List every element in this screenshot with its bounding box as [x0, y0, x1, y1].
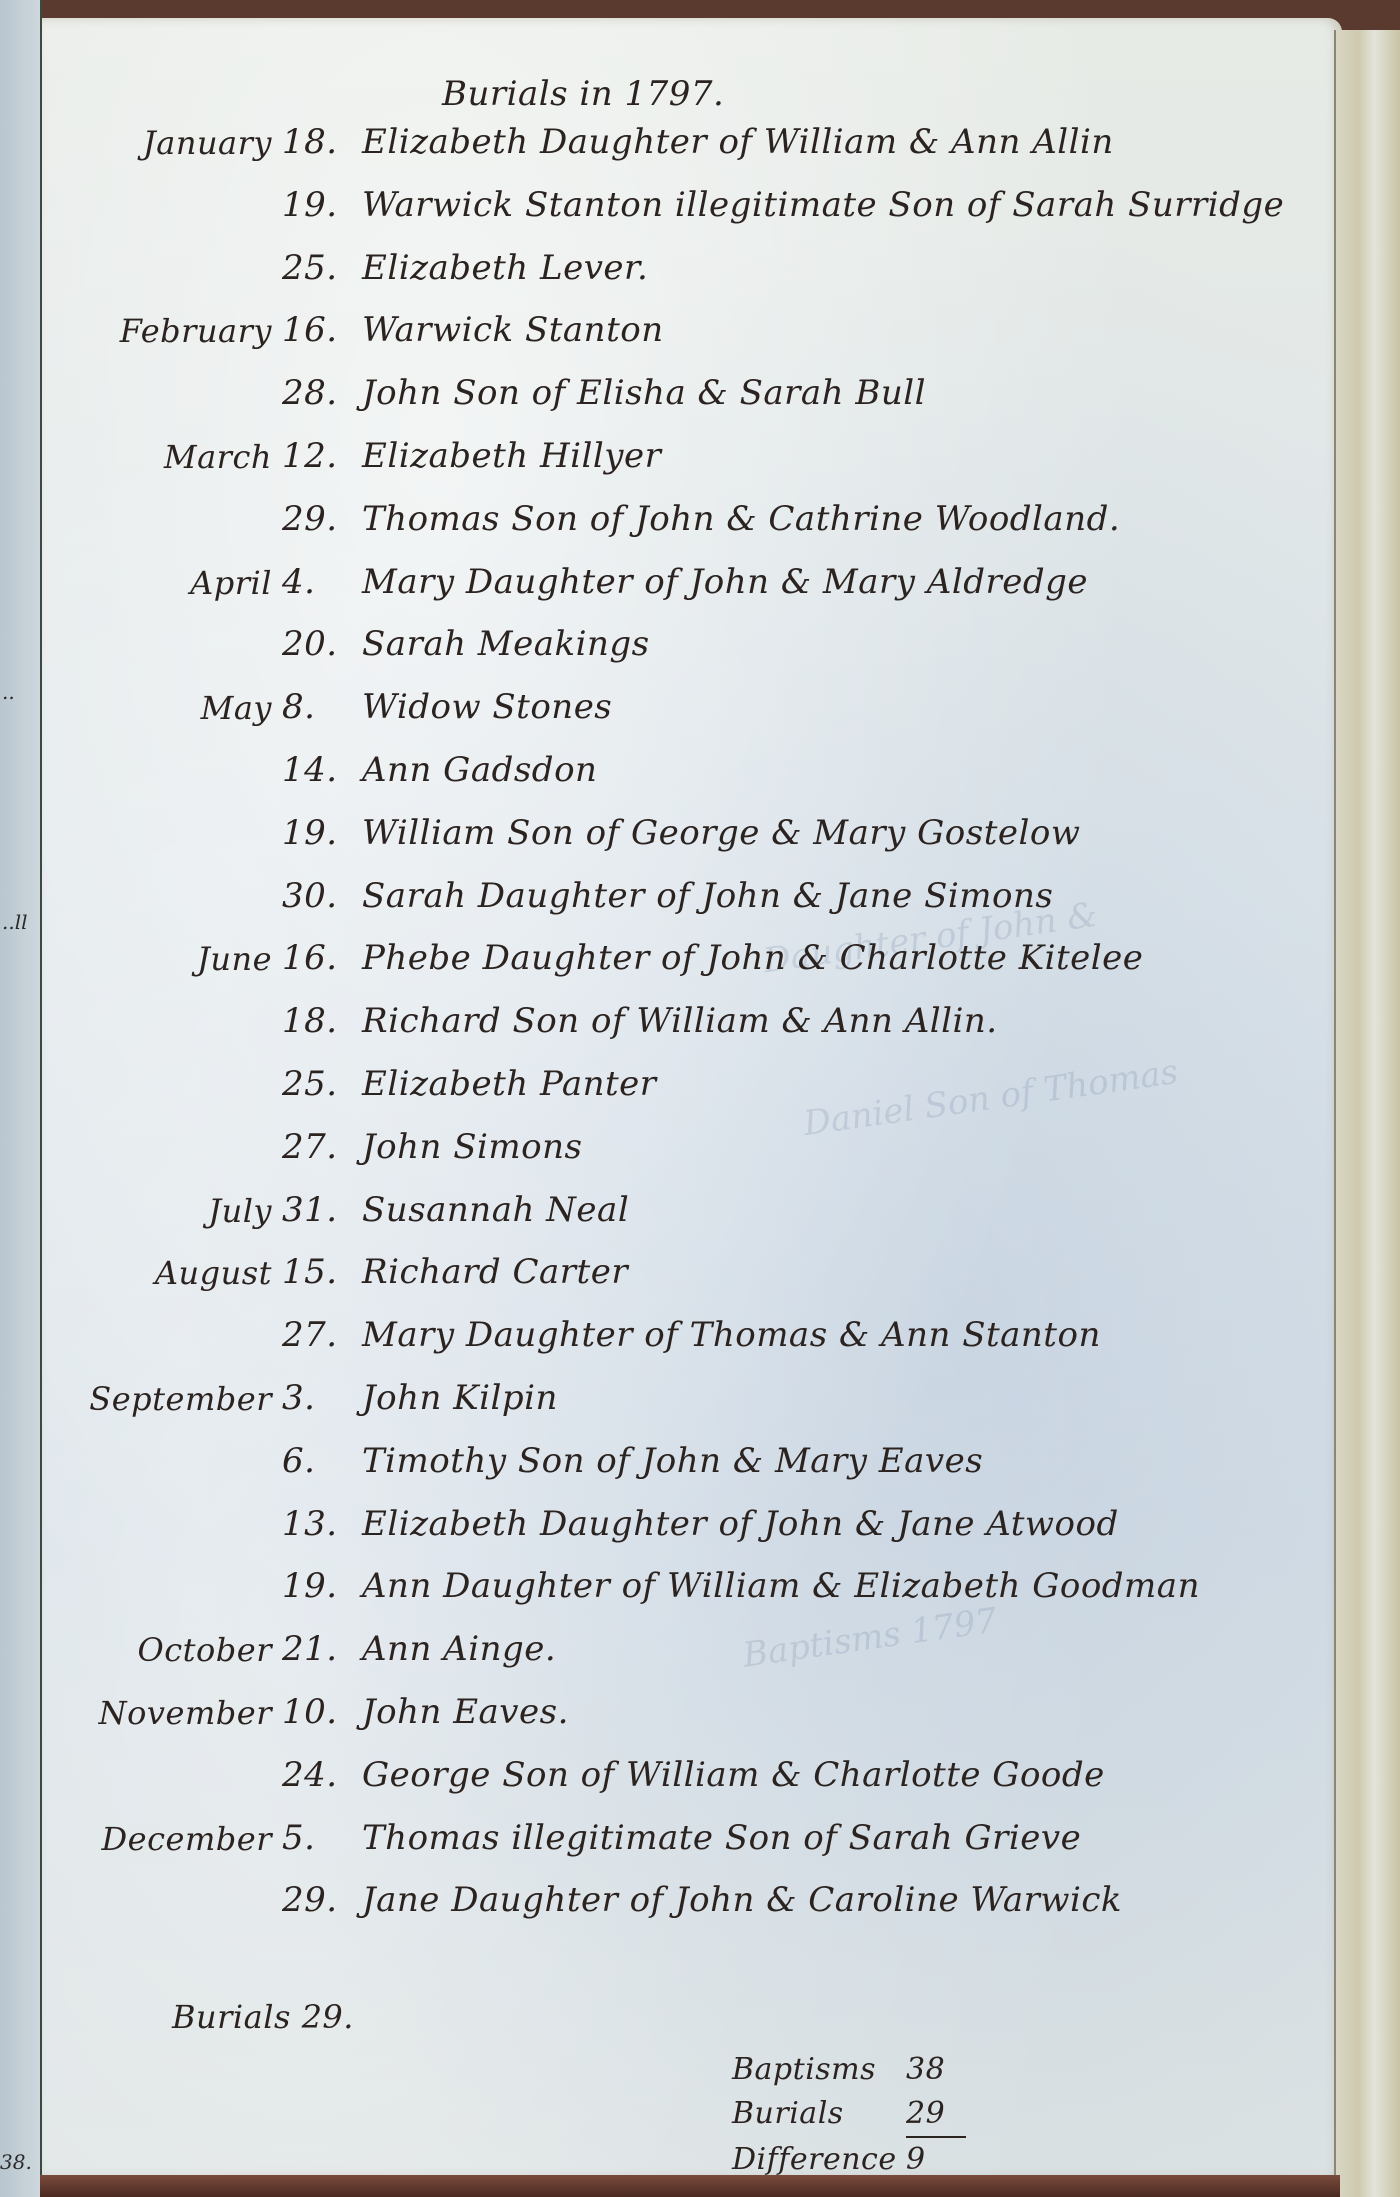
entry-day: 14.	[282, 750, 362, 790]
entry-day: 18.	[282, 1001, 362, 1041]
entry-month: April	[190, 564, 272, 602]
burial-entry: August15.Richard Carter	[42, 1240, 1342, 1303]
entry-text: John Son of Elisha & Sarah Bull	[362, 373, 926, 413]
page-title: Burials in 1797.	[442, 74, 724, 114]
entry-day: 19.	[282, 813, 362, 853]
entry-text: Widow Stones	[362, 687, 612, 727]
burial-entry: 6.Timothy Son of John & Mary Eaves	[42, 1429, 1342, 1492]
burial-entry: July31.Susannah Neal	[42, 1178, 1342, 1241]
entry-text: Warwick Stanton illegitimate Son of Sara…	[362, 185, 1284, 225]
entry-day: 12.	[282, 436, 362, 476]
entry-text: John Simons	[362, 1127, 582, 1167]
entry-month: February	[120, 312, 272, 350]
facing-page-fragment: 38.	[0, 2150, 32, 2174]
entry-day: 18.	[282, 122, 362, 162]
facing-page-edge: .. ..ll 38.	[0, 0, 42, 2197]
entry-text: Timothy Son of John & Mary Eaves	[362, 1441, 983, 1481]
book-binding-edge	[1334, 30, 1400, 2197]
entry-day: 16.	[282, 310, 362, 350]
entry-day: 25.	[282, 1064, 362, 1104]
summary-burials-row: Burials 29	[732, 2092, 966, 2138]
register-page: Daughter of John & Daniel Son of Thomas …	[42, 18, 1342, 2178]
burials-label: Burials	[732, 2092, 882, 2138]
entry-text: Richard Son of William & Ann Allin.	[362, 1001, 998, 1041]
entry-day: 27.	[282, 1127, 362, 1167]
burial-entry: March12.Elizabeth Hillyer	[42, 424, 1342, 487]
burial-entry: April4.Mary Daughter of John & Mary Aldr…	[42, 550, 1342, 613]
entry-month: August	[155, 1254, 272, 1292]
entry-text: Elizabeth Daughter of John & Jane Atwood	[362, 1504, 1119, 1544]
entry-text: Richard Carter	[362, 1252, 628, 1292]
entry-day: 29.	[282, 1880, 362, 1920]
entry-day: 20.	[282, 624, 362, 664]
entry-day: 30.	[282, 876, 362, 916]
entry-text: John Eaves.	[362, 1692, 569, 1732]
burial-entry: 25.Elizabeth Lever.	[42, 236, 1342, 299]
burial-entries-list: January18.Elizabeth Daughter of William …	[42, 110, 1342, 1931]
burial-entry: February16.Warwick Stanton	[42, 298, 1342, 361]
entry-text: John Kilpin	[362, 1378, 558, 1418]
burial-entry: December5.Thomas illegitimate Son of Sar…	[42, 1806, 1342, 1869]
burial-entry: 24.George Son of William & Charlotte Goo…	[42, 1743, 1342, 1806]
entry-day: 13.	[282, 1504, 362, 1544]
entry-day: 5.	[282, 1818, 362, 1858]
entry-text: William Son of George & Mary Gostelow	[362, 813, 1080, 853]
entry-text: Susannah Neal	[362, 1190, 629, 1230]
entry-day: 6.	[282, 1441, 362, 1481]
entry-day: 4.	[282, 562, 362, 602]
entry-day: 3.	[282, 1378, 362, 1418]
burial-entry: 14.Ann Gadsdon	[42, 738, 1342, 801]
burial-entry: 30.Sarah Daughter of John & Jane Simons	[42, 864, 1342, 927]
entry-day: 15.	[282, 1252, 362, 1292]
entry-day: 19.	[282, 1566, 362, 1606]
entry-text: Elizabeth Hillyer	[362, 436, 661, 476]
burials-total-value: 29.	[302, 1998, 354, 2036]
entry-month: November	[99, 1694, 272, 1732]
burial-entry: 13.Elizabeth Daughter of John & Jane Atw…	[42, 1492, 1342, 1555]
burial-entry: June16.Phebe Daughter of John & Charlott…	[42, 926, 1342, 989]
facing-page-fragment: ..	[2, 680, 15, 704]
book-cover-edge	[40, 2175, 1340, 2197]
burial-entry: 25.Elizabeth Panter	[42, 1052, 1342, 1115]
entry-text: Sarah Daughter of John & Jane Simons	[362, 876, 1053, 916]
baptisms-value: 38	[906, 2048, 966, 2092]
burial-entry: 27.Mary Daughter of Thomas & Ann Stanton	[42, 1303, 1342, 1366]
burial-entry: November10.John Eaves.	[42, 1680, 1342, 1743]
entry-month: December	[101, 1820, 272, 1858]
burials-total-label: Burials	[172, 1998, 291, 2036]
burial-entry: 27.John Simons	[42, 1115, 1342, 1178]
entry-text: Thomas Son of John & Cathrine Woodland.	[362, 499, 1120, 539]
burial-entry: 29.Jane Daughter of John & Caroline Warw…	[42, 1868, 1342, 1931]
entry-day: 19.	[282, 185, 362, 225]
summary-baptisms-row: Baptisms 38	[732, 2048, 966, 2092]
entry-month: September	[89, 1380, 272, 1418]
entry-month: January	[143, 124, 272, 162]
entry-day: 31.	[282, 1190, 362, 1230]
entry-day: 27.	[282, 1315, 362, 1355]
entry-month: May	[201, 689, 272, 727]
burial-entry: 28.John Son of Elisha & Sarah Bull	[42, 361, 1342, 424]
entry-day: 29.	[282, 499, 362, 539]
entry-day: 16.	[282, 938, 362, 978]
entry-text: Ann Gadsdon	[362, 750, 597, 790]
entry-text: Phebe Daughter of John & Charlotte Kitel…	[362, 938, 1143, 978]
burial-entry: 19.Ann Daughter of William & Elizabeth G…	[42, 1554, 1342, 1617]
entry-text: George Son of William & Charlotte Goode	[362, 1755, 1105, 1795]
burial-entry: January18.Elizabeth Daughter of William …	[42, 110, 1342, 173]
burial-entry: 19.Warwick Stanton illegitimate Son of S…	[42, 173, 1342, 236]
entry-text: Elizabeth Lever.	[362, 248, 648, 288]
entry-text: Jane Daughter of John & Caroline Warwick	[362, 1880, 1122, 1920]
entry-month: October	[138, 1631, 273, 1669]
year-summary: Baptisms 38 Burials 29 Difference 9	[732, 2048, 966, 2184]
entry-text: Mary Daughter of Thomas & Ann Stanton	[362, 1315, 1101, 1355]
entry-month: March	[164, 438, 272, 476]
burial-entry: 18.Richard Son of William & Ann Allin.	[42, 989, 1342, 1052]
entry-text: Elizabeth Daughter of William & Ann Alli…	[362, 122, 1114, 162]
entry-day: 21.	[282, 1629, 362, 1669]
facing-page-fragment: ..ll	[2, 910, 28, 934]
entry-text: Sarah Meakings	[362, 624, 650, 664]
entry-month: June	[197, 940, 272, 978]
entry-text: Thomas illegitimate Son of Sarah Grieve	[362, 1818, 1081, 1858]
baptisms-label: Baptisms	[732, 2048, 882, 2092]
burial-entry: May8.Widow Stones	[42, 675, 1342, 738]
burial-entry: October21.Ann Ainge.	[42, 1617, 1342, 1680]
burial-entry: 29.Thomas Son of John & Cathrine Woodlan…	[42, 487, 1342, 550]
burial-entry: 20.Sarah Meakings	[42, 612, 1342, 675]
entry-text: Elizabeth Panter	[362, 1064, 657, 1104]
entry-day: 8.	[282, 687, 362, 727]
entry-day: 25.	[282, 248, 362, 288]
burial-entry: September3.John Kilpin	[42, 1366, 1342, 1429]
entry-day: 24.	[282, 1755, 362, 1795]
entry-text: Ann Daughter of William & Elizabeth Good…	[362, 1566, 1200, 1606]
entry-text: Ann Ainge.	[362, 1629, 556, 1669]
entry-day: 28.	[282, 373, 362, 413]
entry-text: Warwick Stanton	[362, 310, 664, 350]
entry-month: July	[208, 1192, 272, 1230]
burials-value: 29	[906, 2092, 966, 2138]
burials-total: Burials 29.	[172, 1998, 354, 2036]
entry-day: 10.	[282, 1692, 362, 1732]
entry-text: Mary Daughter of John & Mary Aldredge	[362, 562, 1088, 602]
burial-entry: 19.William Son of George & Mary Gostelow	[42, 801, 1342, 864]
